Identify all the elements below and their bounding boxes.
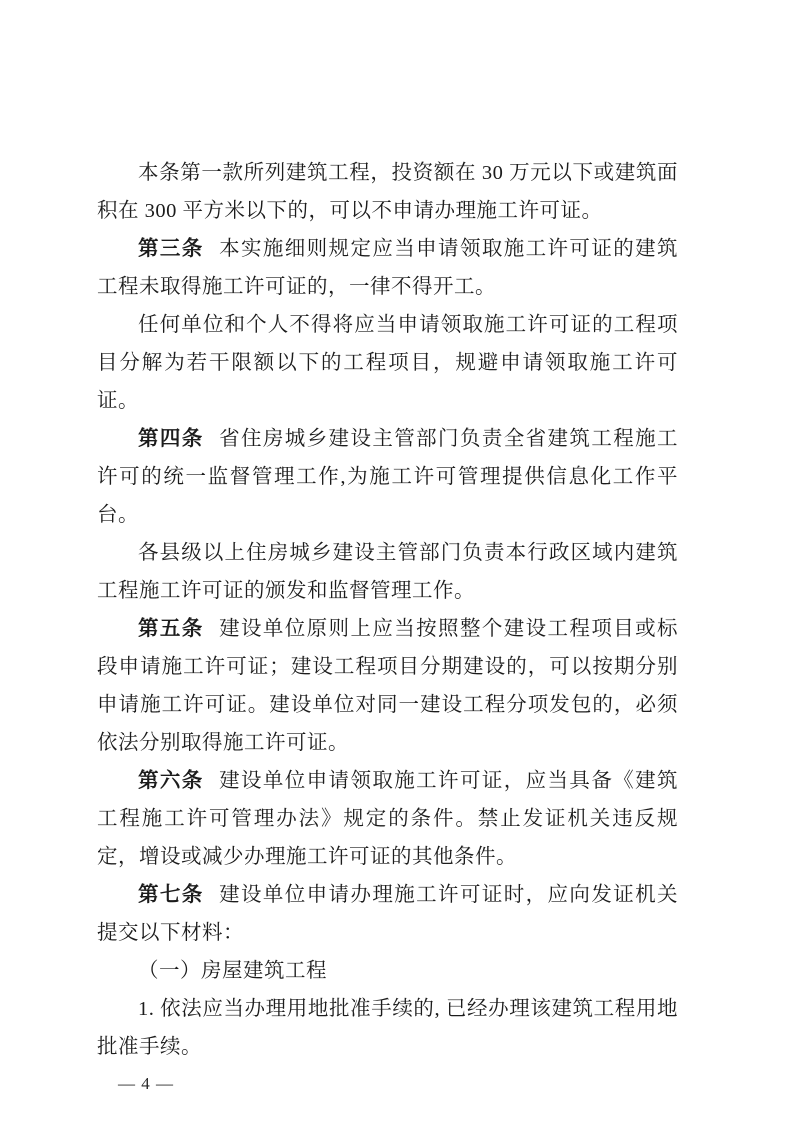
article-paragraph: 第四条省住房城乡建设主管部门负责全省建筑工程施工许可的统一监督管理工作,为施工许… <box>97 420 678 534</box>
article-paragraph: 第五条建设单位原则上应当按照整个建设工程项目或标段申请施工许可证；建设工程项目分… <box>97 610 678 762</box>
document-body: 本条第一款所列建筑工程，投资额在 30 万元以下或建筑面积在 300 平方米以下… <box>97 154 678 1066</box>
paragraph-text: 任何单位和个人不得将应当申请领取施工许可证的工程项目分解为若干限额以下的工程项目… <box>97 314 678 412</box>
list-item-paragraph: （一）房屋建筑工程 <box>97 952 678 990</box>
paragraph: 任何单位和个人不得将应当申请领取施工许可证的工程项目分解为若干限额以下的工程项目… <box>97 306 678 420</box>
page-number: — 4 — <box>97 1072 678 1096</box>
paragraph: 各县级以上住房城乡建设主管部门负责本行政区域内建筑工程施工许可证的颁发和监督管理… <box>97 534 678 610</box>
paragraph-text: 1. 依法应当办理用地批准手续的, 已经办理该建筑工程用地批准手续。 <box>97 998 678 1058</box>
paragraph-text: 本条第一款所列建筑工程，投资额在 30 万元以下或建筑面积在 300 平方米以下… <box>97 162 678 222</box>
list-item-paragraph: 1. 依法应当办理用地批准手续的, 已经办理该建筑工程用地批准手续。 <box>97 990 678 1066</box>
article-paragraph: 第六条建设单位申请领取施工许可证，应当具备《建筑工程施工许可管理办法》规定的条件… <box>97 762 678 876</box>
article-number: 第四条 <box>138 428 204 450</box>
article-paragraph: 第三条本实施细则规定应当申请领取施工许可证的建筑工程未取得施工许可证的，一律不得… <box>97 230 678 306</box>
paragraph-text: 各县级以上住房城乡建设主管部门负责本行政区域内建筑工程施工许可证的颁发和监督管理… <box>97 542 678 602</box>
article-paragraph: 第七条建设单位申请办理施工许可证时，应向发证机关提交以下材料： <box>97 876 678 952</box>
document-page: 本条第一款所列建筑工程，投资额在 30 万元以下或建筑面积在 300 平方米以下… <box>0 0 793 1122</box>
article-number: 第七条 <box>138 884 204 906</box>
article-number: 第六条 <box>138 770 204 792</box>
paragraph: 本条第一款所列建筑工程，投资额在 30 万元以下或建筑面积在 300 平方米以下… <box>97 154 678 230</box>
article-number: 第三条 <box>138 238 204 260</box>
article-number: 第五条 <box>138 618 204 640</box>
paragraph-text: （一）房屋建筑工程 <box>138 960 327 982</box>
